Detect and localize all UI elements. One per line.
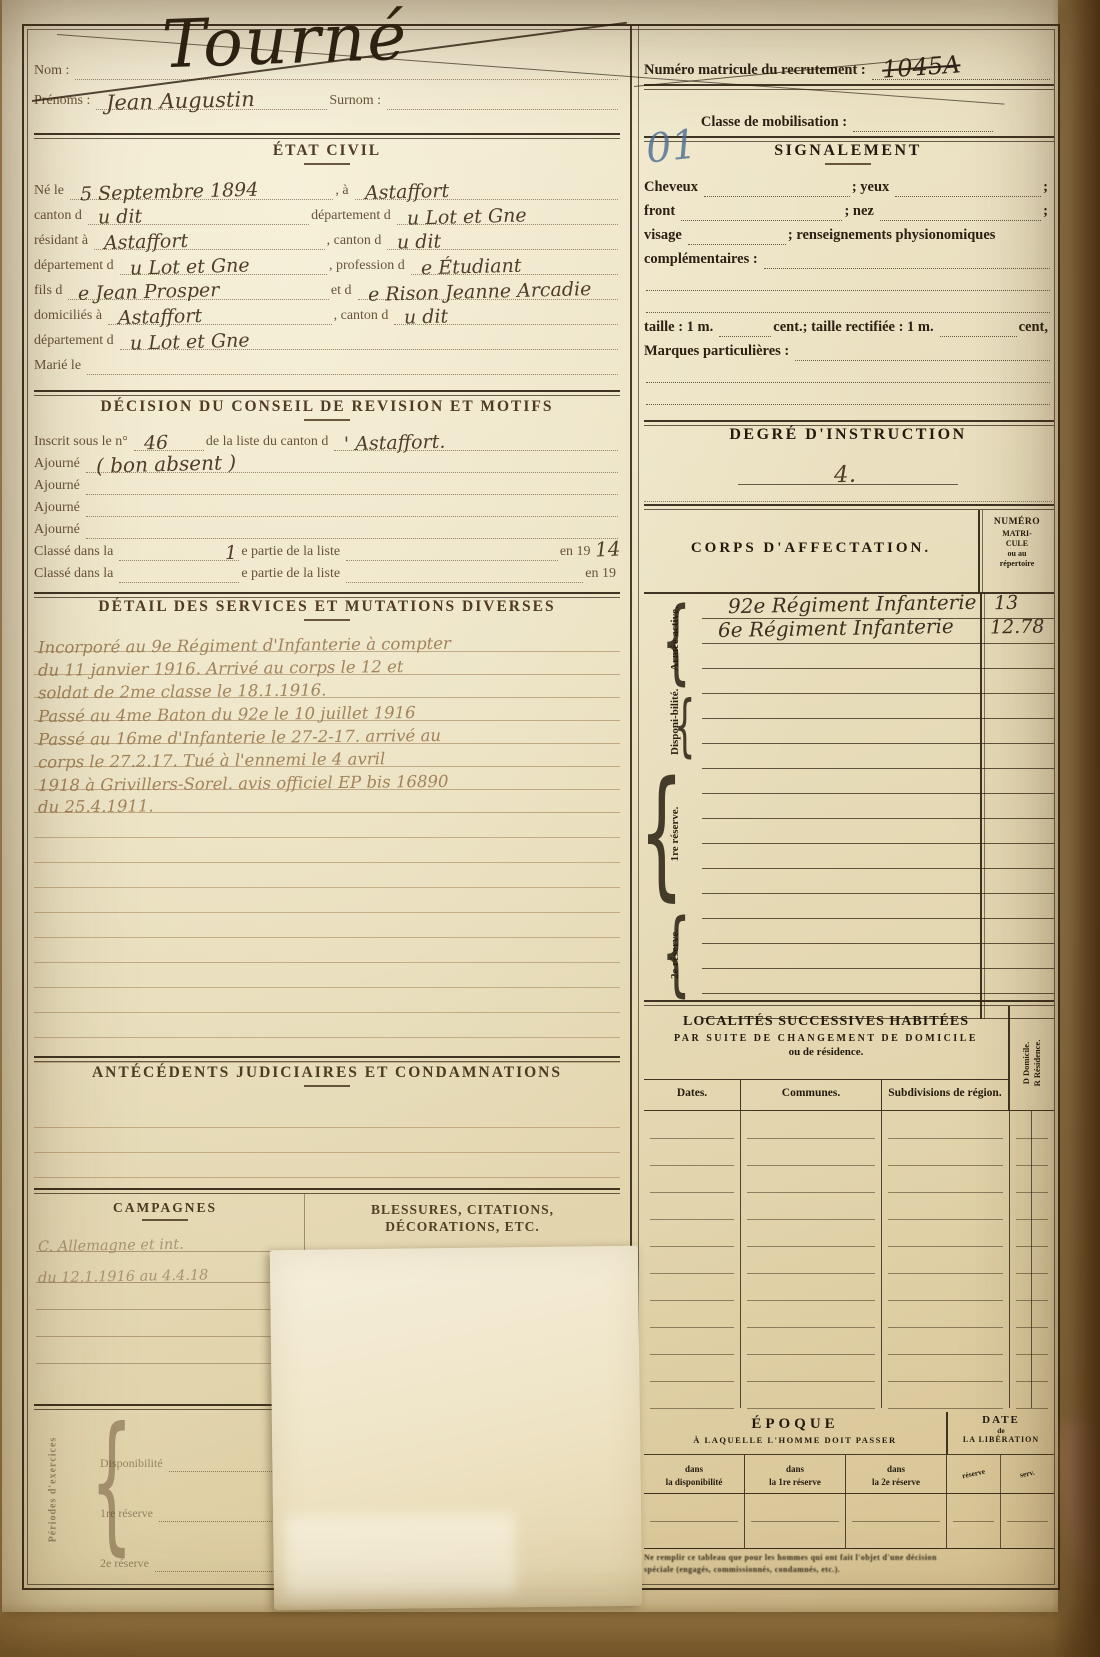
corps-lines: 92e Régiment Infanterie 6e Régiment Infa… [702,594,980,1019]
corps-title: CORPS D'AFFECTATION. [644,540,978,557]
corps-group-labels: Armée active. { Disponi-bilité. { 1re ré… [644,594,702,1019]
degre-title: DEGRÉ D'INSTRUCTION [644,426,1052,444]
ruled-line [646,361,1050,383]
table-cell [745,1494,846,1521]
title-tick [142,1219,188,1221]
name-handwritten: Tourné [161,0,410,83]
form-row: taille : 1 m. cent.; taille rectifiée : … [644,313,1052,337]
field-label: Inscrit sous le n° [34,434,132,451]
table-cell [1010,1111,1054,1138]
table-cell [882,1138,1010,1165]
document-paper: Tourné Nom : Prénoms : Jean Augustin Sur… [2,0,1058,1612]
handwritten-entry: C. Allemagne et int. [38,1237,184,1256]
ruled-line [34,813,620,838]
form-row: Ajourné [34,495,620,517]
epoque-header: ÉPOQUE À LAQUELLE L'HOMME DOIT PASSER DA… [644,1412,1054,1455]
table-cell [882,1111,1010,1138]
table-cell [741,1354,882,1381]
field-label: domiciliés à [34,308,106,325]
form-row: Né le 5 Septembre 1894 , à Astaffort [34,175,620,200]
table-cell [741,1165,882,1192]
brace: { [662,601,691,684]
field-label: de la liste du canton d [206,434,332,451]
form-row [644,291,1052,313]
periodes-section: Périodes d'exercices { Disponibilité 1re… [34,1412,296,1578]
table-cell [1001,1521,1054,1548]
blank-ruled-lines [34,1103,620,1178]
table-cell [882,1273,1010,1300]
table-cell [741,1138,882,1165]
field-label: Ajourné [34,522,84,539]
table-cell [846,1521,947,1548]
brace: { [662,913,691,996]
ruled-line [36,1310,294,1337]
ruled-line [702,769,980,794]
ruled-line [34,863,620,888]
localites-empty-row [644,1354,1054,1381]
ruled-line [702,969,980,994]
ruled-line: u dit [88,200,309,225]
localites-column-headers: Dates. Communes. Subdivisions de région. [644,1079,1008,1110]
form-row: Ajourné ( bon absent ) [34,451,620,473]
service-line: Passé au 16me d'Infanterie le 27-2-17. a… [34,721,620,744]
ruled-line [982,719,1054,744]
decision-section: DÉCISION DU CONSEIL DE REVISION ET MOTIF… [34,398,620,583]
form-row: département d u Lot et Gne , profession … [34,250,620,275]
antecedents-title: ANTÉCÉDENTS JUDICIAIRES ET CONDAMNATIONS [34,1064,620,1082]
service-line: du 25.4.1911. [34,790,620,813]
numero-label: Numéro matricule du recrutement : [644,62,870,80]
blessures-title: BLESSURES, CITATIONS, [305,1202,620,1219]
field-label: canton d [34,208,86,225]
footnote: Ne remplir ce tableau que pour les homme… [644,1552,1054,1576]
form-row [644,383,1052,405]
ruled-line [646,269,1050,291]
blessures-title: DÉCORATIONS, ETC. [305,1219,620,1236]
ruled-line [702,869,980,894]
ruled-line [982,644,1054,669]
field-label: département d [34,333,118,350]
ruled-line [87,350,618,375]
numero-entry-handwritten: 13 [994,592,1019,614]
field-label: Né le [34,183,68,200]
table-cell [882,1165,1010,1192]
field-label: e partie de la liste [241,566,344,583]
identity-header: Tourné Nom : Prénoms : Jean Augustin Sur… [34,36,620,110]
column-header: réserve [947,1455,1001,1493]
form-row: résidant à Astaffort , canton d u dit [34,225,620,250]
field-label: , canton d [327,233,386,250]
ruled-line: u Lot et Gne [397,200,618,225]
numero-handwritten: 1045A [881,50,961,83]
numero-entry-handwritten: 12.78 [990,616,1045,639]
ruled-line: Astaffort [94,225,325,250]
ruled-line [704,173,850,197]
decision-title: DÉCISION DU CONSEIL DE REVISION ET MOTIF… [34,398,620,416]
field-label: ; nez [844,203,877,221]
column-header-text: répertoire [980,559,1054,569]
ruled-line [982,669,1054,694]
date-header-text: DATE [948,1414,1054,1426]
rotated-column-header: D Domicile. R Résidence. [1021,1013,1043,1113]
form-row: Cheveux ; yeux ; [644,173,1052,197]
handwritten-entry: du 12.1.1916 au 4.4.18 [38,1268,209,1287]
ruled-line [702,919,980,944]
localites-header: LOCALITÉS SUCCESSIVES HABITÉES PAR SUITE… [644,1006,1054,1110]
ruled-line [895,173,1041,197]
ruled-line [86,517,618,539]
table-cell [741,1111,882,1138]
ruled-line [764,245,1050,269]
table-cell [1010,1219,1054,1246]
field-label: complémentaires : [644,251,762,269]
table-cell [644,1300,741,1327]
localites-empty-row [644,1273,1054,1300]
localites-title: LOCALITÉS SUCCESSIVES HABITÉES [644,1014,1008,1030]
table-cell [644,1354,741,1381]
table-cell [644,1521,745,1548]
ruled-line [34,938,620,963]
ruled-line [982,844,1054,869]
degre-handwritten: 4. [834,462,857,489]
ruled-line [346,561,583,583]
table-cell [741,1246,882,1273]
ruled-line [644,501,1052,502]
ruled-line: Astaffort [108,300,332,325]
field-label: 2e réserve [100,1556,153,1572]
form-row: canton d u dit département d u Lot et Gn… [34,200,620,225]
page-edge-shadow [1052,0,1100,1657]
scanned-document-photo: Tourné Nom : Prénoms : Jean Augustin Sur… [0,0,1100,1657]
column-header-text: CULE [980,539,1054,549]
epoque-title-cell: ÉPOQUE À LAQUELLE L'HOMME DOIT PASSER [644,1412,946,1454]
ruled-line [702,719,980,744]
form-row: visage ; renseignements physionomiques [644,221,1052,245]
table-cell [644,1381,741,1408]
services-section: DÉTAIL DES SERVICES ET MUTATIONS DIVERSE… [34,598,620,1063]
ruled-line: e Étudiant [411,250,618,275]
table-cell [644,1246,741,1273]
form-row: Ajourné [34,473,620,495]
field-label: , à [335,183,352,200]
column-header: dansla disponibilité [644,1455,745,1493]
services-title: DÉTAIL DES SERVICES ET MUTATIONS DIVERSE… [34,598,620,616]
ruled-line [34,1153,620,1178]
section-rule [34,390,620,396]
table-cell [745,1521,846,1548]
brace: { [639,771,684,897]
table-cell [644,1219,741,1246]
section-rule [644,84,1054,90]
field-label: Classé dans la [34,544,117,561]
column-header-text: ou au [980,549,1054,559]
ruled-line: 1 [119,539,239,561]
ruled-line [702,644,980,669]
epoque-empty-row [644,1494,1054,1521]
ruled-line [159,1472,288,1522]
column-header-dates: Dates. [644,1080,741,1110]
localites-empty-row [644,1246,1054,1273]
field-label: cent.; taille rectifiée : 1 m. [773,319,937,337]
corps-header: CORPS D'AFFECTATION. NUMÉRO MATRI- CULE … [644,510,1054,592]
localites-empty-row [644,1138,1054,1165]
ruled-line [982,944,1054,969]
localites-empty-row [644,1165,1054,1192]
localites-empty-row [644,1300,1054,1327]
field-label: résidant à [34,233,92,250]
corps-body: Armée active. { Disponi-bilité. { 1re ré… [644,592,1054,1019]
field-label: ; yeux [852,179,893,197]
table-cell [882,1246,1010,1273]
localites-empty-row [644,1219,1054,1246]
localites-empty-row [644,1381,1054,1408]
localites-titles: LOCALITÉS SUCCESSIVES HABITÉES PAR SUITE… [644,1006,1008,1110]
column-header: serv. [1001,1455,1054,1493]
date-header-text: de [948,1426,1054,1435]
ruled-line [982,769,1054,794]
field-label: en 19 [585,566,620,583]
ruled-line [940,313,1017,337]
corps-numero-column: 13 12.78 [980,594,1054,1019]
ruled-line: ' Astaffort. [334,429,618,451]
ruled-line [982,869,1054,894]
ruled-line [34,838,620,863]
periodes-rotated-label: Périodes d'exercices [48,1415,59,1565]
antecedents-section: ANTÉCÉDENTS JUDICIAIRES ET CONDAMNATIONS [34,1064,620,1178]
form-row: département d u Lot et Gne [34,325,620,350]
campagnes-column: CAMPAGNES C. Allemagne et int. du 12.1.1… [34,1194,305,1402]
prenoms-handwritten: Jean Augustin [106,87,255,115]
field-label: et d [331,283,356,300]
ruled-line: u Lot et Gne [120,250,327,275]
form-row: domiciliés à Astaffort , canton d u dit [34,300,620,325]
ruled-line [681,197,842,221]
field-label: Marié le [34,358,85,375]
blue-pencil-annotation: 01 [644,121,699,172]
epoque-subtitle: À LAQUELLE L'HOMME DOIT PASSER [644,1435,946,1445]
numero-column-header: NUMÉRO MATRI- CULE ou au répertoire [978,510,1054,592]
ruled-line: 46 [134,429,204,451]
blank-ruled-lines [34,813,620,1063]
form-row: Marques particulières : [644,337,1052,361]
ruled-line [982,794,1054,819]
ruled-line [982,819,1054,844]
form-row: Classé dans la 1 e partie de la liste en… [34,539,620,561]
form-row: Ajourné [34,517,620,539]
table-cell [644,1327,741,1354]
table-cell [882,1354,1010,1381]
field-label: Classé dans la [34,566,117,583]
section-rule [34,133,620,139]
form-row: complémentaires : [644,245,1052,269]
field-label: Marques particulières : [644,343,793,361]
table-cell [947,1494,1001,1521]
table-cell [882,1300,1010,1327]
table-cell [741,1327,882,1354]
ruled-line: Astaffort [355,175,618,200]
field-label: Disponibilité [100,1456,167,1472]
ruled-line [982,919,1054,944]
ruled-line [982,969,1054,994]
field-label: Ajourné [34,478,84,495]
form-row: Marié le [34,350,620,375]
ruled-line [702,694,980,719]
ruled-line [688,221,786,245]
ruled-line [34,1013,620,1038]
date-liberation-header: DATE de LA LIBÉRATION [946,1412,1054,1454]
localites-title: ou de résidence. [644,1046,1008,1058]
ruled-line [36,1337,294,1364]
table-cell [644,1273,741,1300]
ruled-line [646,383,1050,405]
handwritten-entry: 14 [594,536,621,561]
classe-label: Classe de mobilisation : [701,114,851,132]
epoque-empty-row [644,1521,1054,1548]
column-header-domicile-residence: D Domicile. R Résidence. [1008,1006,1054,1110]
brace: { [674,695,696,756]
overlaid-paper-slip [270,1246,642,1610]
field-label: , canton d [334,308,393,325]
date-header-text: LA LIBÉRATION [948,1435,1054,1444]
group-premiere-reserve: 1re réserve. { [644,762,702,906]
brace: { [90,1408,133,1558]
epoque-section: ÉPOQUE À LAQUELLE L'HOMME DOIT PASSER DA… [644,1412,1054,1548]
table-cell [1010,1273,1054,1300]
field-label: cent, [1019,319,1052,337]
blank-ruled-lines [36,1283,294,1364]
ruled-line: e Rison Jeanne Arcadie [358,275,619,300]
degre-instruction-section: DEGRÉ D'INSTRUCTION 4. [644,426,1052,502]
ruled-line [34,988,620,1013]
field-label: visage [644,227,686,245]
field-label: , profession d [329,258,409,275]
table-cell [1010,1246,1054,1273]
ruled-line [34,888,620,913]
table-cell [741,1300,882,1327]
form-row: front ; nez ; [644,197,1052,221]
table-cell [644,1192,741,1219]
table-cell [882,1219,1010,1246]
localites-empty-row [644,1327,1054,1354]
table-cell [1010,1381,1054,1408]
ruled-line [86,473,618,495]
page-edge-shadow [0,1603,1100,1657]
table-cell [644,1165,741,1192]
column-header: dansla 2e réserve [846,1455,947,1493]
footnote-text: spéciale (engagés, commissionnés, condam… [644,1564,1054,1576]
ruled-line [346,539,558,561]
ruled-line: u dit [387,225,618,250]
ruled-line [702,894,980,919]
ruled-line: u dit [394,300,618,325]
signalement-section: 01 SIGNALEMENT Cheveux ; yeux ; front ; … [644,142,1052,405]
surnom-label: Surnom : [329,93,385,110]
corps-affectation-section: CORPS D'AFFECTATION. NUMÉRO MATRI- CULE … [644,510,1054,1019]
epoque-title: ÉPOQUE [644,1416,946,1433]
ruled-line: ( bon absent ) [86,451,618,473]
ruled-line [702,794,980,819]
ruled-line [719,313,771,337]
table-cell [882,1327,1010,1354]
field-label: ; renseignements physionomiques [788,227,1000,245]
campagne-line: C. Allemagne et int. [36,1227,294,1252]
table-cell [1010,1354,1054,1381]
field-label: Cheveux [644,179,702,197]
ruled-line [702,944,980,969]
form-row: Classé dans la e partie de la liste en 1… [34,561,620,583]
table-cell [741,1381,882,1408]
column-header-text: NUMÉRO [980,517,1054,529]
ruled-line [880,197,1041,221]
ruled-line [387,84,618,110]
field-label: e partie de la liste [241,544,344,561]
ruled-line: 4. [738,460,958,485]
localites-section: LOCALITÉS SUCCESSIVES HABITÉES PAR SUITE… [644,1006,1054,1408]
blank-ruled-lines [702,594,980,1019]
form-row: Classe de mobilisation : [644,92,1052,132]
ruled-line [982,694,1054,719]
field-label: front [644,203,679,221]
group-armee-active: Armée active. { [644,594,702,690]
table-cell [1001,1494,1054,1521]
form-row [644,361,1052,383]
classe-mobilisation-section: Classe de mobilisation : [644,92,1052,132]
service-line: corps le 27.2.17. Tué à l'ennemi le 4 av… [34,744,620,767]
ruled-line [982,744,1054,769]
ruled-line [34,963,620,988]
table-cell [882,1192,1010,1219]
field-label: département d [311,208,395,225]
localites-empty-row [644,1111,1054,1138]
ruled-line [155,1522,288,1572]
table-cell [1010,1192,1054,1219]
ruled-line: e Jean Prosper [68,275,329,300]
service-line: Passé au 4me Baton du 92e le 10 juillet … [34,698,620,721]
ruled-line [169,1422,288,1472]
table-cell [882,1381,1010,1408]
localites-table-body [644,1110,1054,1408]
table-cell [644,1138,741,1165]
etat-civil-section: ÉTAT CIVIL Né le 5 Septembre 1894 , à As… [34,142,620,375]
column-header-communes: Communes. [741,1080,882,1110]
field-label: Ajourné [34,456,84,473]
ruled-line [119,561,239,583]
table-cell [846,1494,947,1521]
ruled-line [702,744,980,769]
etat-civil-title: ÉTAT CIVIL [34,142,620,160]
ruled-line: 5 Septembre 1894 [70,175,333,200]
ruled-line [795,337,1050,361]
field-label: 1re réserve [100,1506,157,1522]
table-cell [741,1273,882,1300]
ruled-line: u Lot et Gne [120,325,618,350]
field-label: taille : 1 m. [644,319,717,337]
table-cell [644,1494,745,1521]
epoque-column-headers: dansla disponibilité dansla 1re réserve … [644,1455,1054,1494]
table-cell [644,1111,741,1138]
ruled-line [86,495,618,517]
blank-ruled-lines [982,594,1054,1019]
ruled-line [982,894,1054,919]
localites-empty-row [644,1192,1054,1219]
table-cell [1010,1138,1054,1165]
corps-title-cell: CORPS D'AFFECTATION. [644,510,978,592]
column-header-text: MATRI- [980,529,1054,539]
ruled-line [36,1283,294,1310]
service-line: Incorporé au 9e Régiment d'Infanterie à … [34,629,620,652]
form-row [644,269,1052,291]
nom-label: Nom : [34,63,73,80]
